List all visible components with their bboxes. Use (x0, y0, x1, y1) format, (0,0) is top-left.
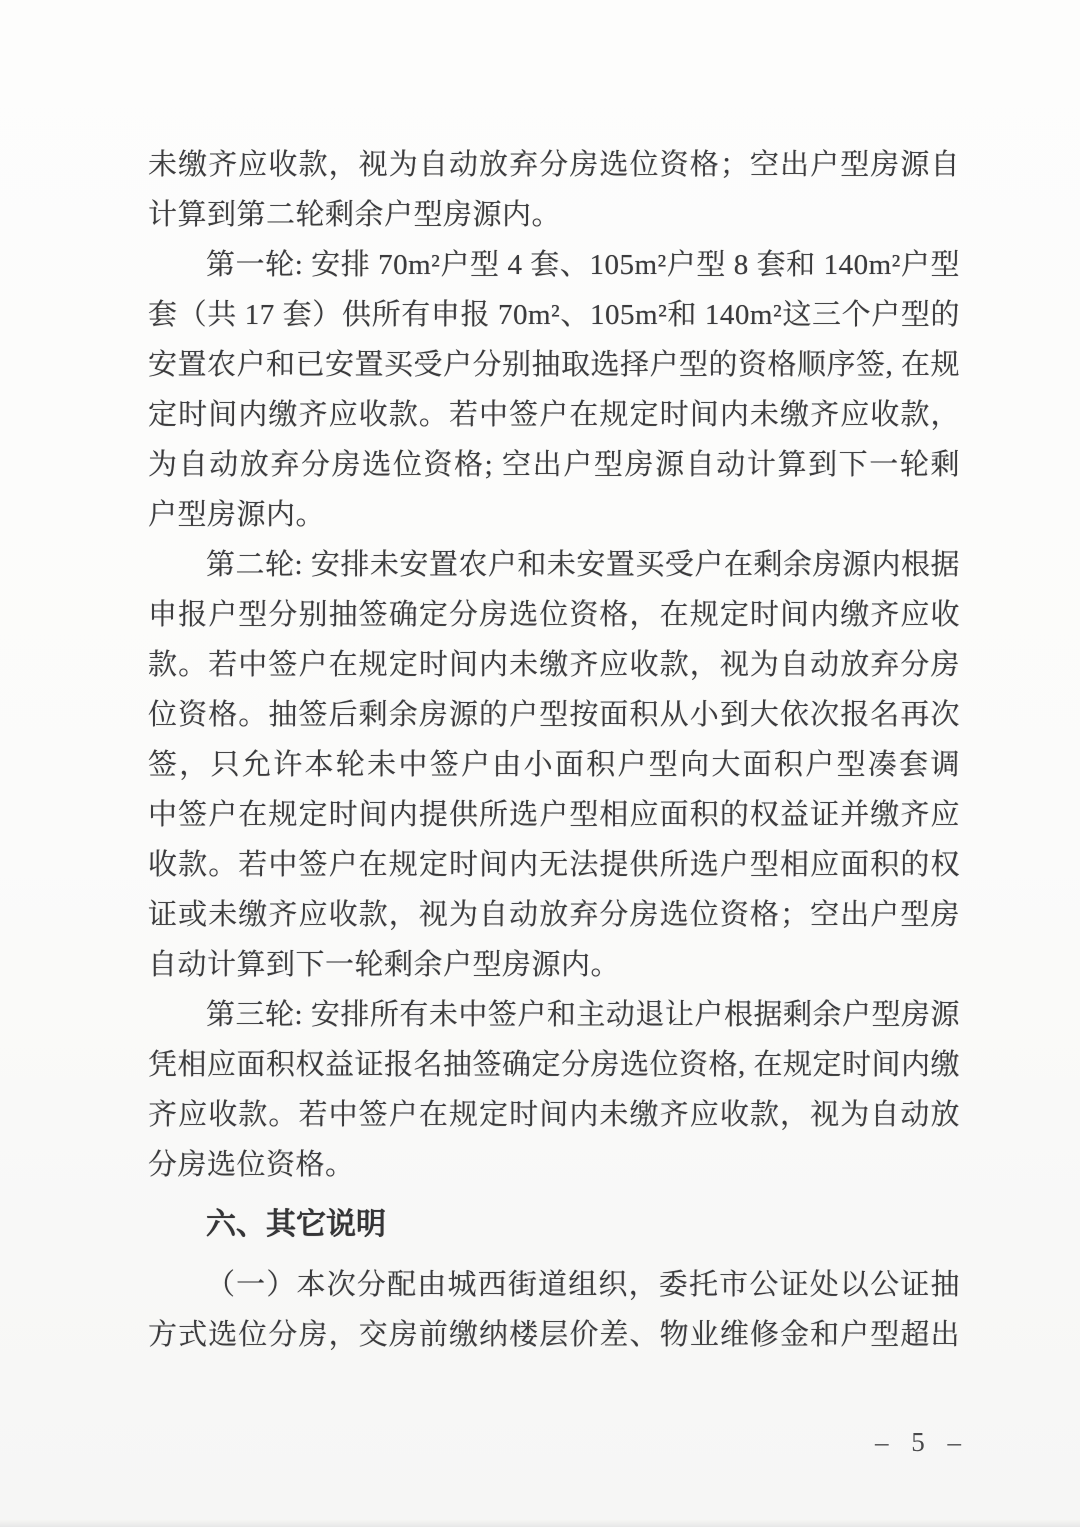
paragraph: 未缴齐应收款，视为自动放弃分房选位资格；空出户型房源自动计算到第二轮剩余户型房源… (148, 140, 960, 240)
text-line: 为自动放弃分房选位资格; 空出户型房源自动计算到下一轮剩余 (148, 440, 960, 490)
text-line: 方式选位分房，交房前缴纳楼层价差、物业维修金和户型超出面 (148, 1310, 960, 1360)
text-line: 定时间内缴齐应收款。若中签户在规定时间内未缴齐应收款，视 (148, 390, 960, 440)
paragraph: 第三轮: 安排所有未中签户和主动退让户根据剩余户型房源凭相应面积权益证报名抽签确… (148, 990, 960, 1190)
text-line: 款。若中签户在规定时间内未缴齐应收款，视为自动放弃分房选 (148, 640, 960, 690)
section-heading: 六、其它说明 (148, 1200, 960, 1250)
text-line: 未缴齐应收款，视为自动放弃分房选位资格；空出户型房源自动 (148, 140, 960, 190)
text-line: 签，只允许本轮未中签户由小面积户型向大面积户型凑套调剂， (148, 740, 960, 790)
text-line: 申报户型分别抽签确定分房选位资格，在规定时间内缴齐应收 (148, 590, 960, 640)
paragraph: 第一轮: 安排 70m²户型 4 套、105m²户型 8 套和 140m²户型 … (148, 240, 960, 540)
text-line: 第三轮: 安排所有未中签户和主动退让户根据剩余户型房源 (148, 990, 960, 1040)
text-line: 收款。若中签户在规定时间内无法提供所选户型相应面积的权益 (148, 840, 960, 890)
text-line: 中签户在规定时间内提供所选户型相应面积的权益证并缴齐应 (148, 790, 960, 840)
text-line: 证或未缴齐应收款，视为自动放弃分房选位资格；空出户型房源 (148, 890, 960, 940)
page-number: – 5 – (862, 1422, 982, 1462)
text-line: 户型房源内。 (148, 490, 960, 540)
text-line: 套（共 17 套）供所有申报 70m²、105m²和 140m²这三个户型的已 (148, 290, 960, 340)
text-line: 安置农户和已安置买受户分别抽取选择户型的资格顺序签, 在规 (148, 340, 960, 390)
paragraph: （一）本次分配由城西街道组织，委托市公证处以公证抽签方式选位分房，交房前缴纳楼层… (148, 1260, 960, 1360)
document-body: 未缴齐应收款，视为自动放弃分房选位资格；空出户型房源自动计算到第二轮剩余户型房源… (148, 140, 960, 1360)
text-line: 凭相应面积权益证报名抽签确定分房选位资格, 在规定时间内缴 (148, 1040, 960, 1090)
paragraph: 第二轮: 安排未安置农户和未安置买受户在剩余房源内根据申报户型分别抽签确定分房选… (148, 540, 960, 990)
text-line: 计算到第二轮剩余户型房源内。 (148, 190, 960, 240)
page-number-label: – 5 – (875, 1427, 969, 1457)
text-line: 分房选位资格。 (148, 1140, 960, 1190)
text-line: 自动计算到下一轮剩余户型房源内。 (148, 940, 960, 990)
text-line: （一）本次分配由城西街道组织，委托市公证处以公证抽签 (148, 1260, 960, 1310)
text-line: 位资格。抽签后剩余房源的户型按面积从小到大依次报名再次抽 (148, 690, 960, 740)
text-line: 齐应收款。若中签户在规定时间内未缴齐应收款，视为自动放弃 (148, 1090, 960, 1140)
text-line: 第一轮: 安排 70m²户型 4 套、105m²户型 8 套和 140m²户型 … (148, 240, 960, 290)
text-line: 第二轮: 安排未安置农户和未安置买受户在剩余房源内根据 (148, 540, 960, 590)
document-page: 未缴齐应收款，视为自动放弃分房选位资格；空出户型房源自动计算到第二轮剩余户型房源… (0, 0, 1080, 1527)
